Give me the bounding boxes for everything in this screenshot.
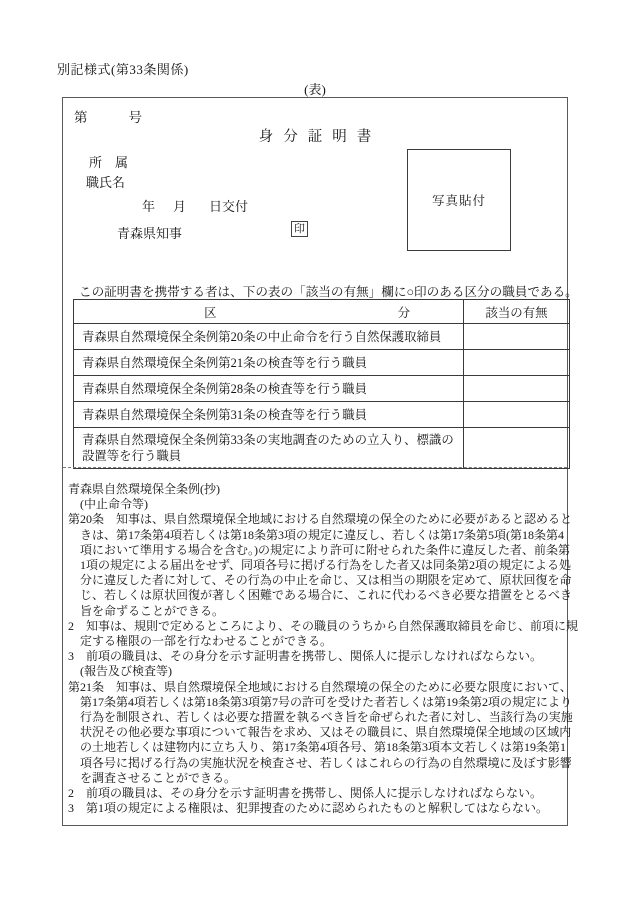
- category-table: 区 分 該当の有無 青森県自然環境保全条例第20条の中止命令を行う自然保護取締員…: [73, 299, 570, 469]
- document-number-line: 第号: [74, 106, 142, 126]
- legal-text-line: 状況その他必要な事項について報告を求め、又はその職員に、県自然環境保全地域の区域…: [68, 725, 566, 740]
- table-row: 青森県自然環境保全条例第20条の中止命令を行う自然保護取締員: [74, 324, 570, 350]
- legal-text-line: 第21条 知事は、県自然環境保全地域における自然環境の保全のために必要な限度にお…: [68, 680, 566, 695]
- legal-text-line: 1項の規定による届出をせず、同項各号に掲げる行為をした者又は同条第2項の規定によ…: [68, 558, 566, 573]
- legal-text-line: 青森県自然環境保全条例(抄): [68, 482, 566, 497]
- document-page: 別記様式(第33条関係) (表) 第号 身分証明書 所 属 職氏名 年月日交付 …: [0, 0, 630, 903]
- legal-text-line: 旨を命ずることができる。: [68, 604, 566, 619]
- date-issued-label: 日交付: [209, 199, 248, 214]
- legal-extract-block: 青森県自然環境保全条例(抄) (中止命令等) 第20条 知事は、県自然環境保全地…: [68, 482, 566, 816]
- document-number-suffix: 号: [129, 110, 143, 125]
- front-side-label: (表): [62, 79, 568, 98]
- table-row: 青森県自然環境保全条例第31条の検査等を行う職員: [74, 402, 570, 428]
- dashed-separator: [63, 467, 567, 468]
- table-row: 青森県自然環境保全条例第21条の検査等を行う職員: [74, 350, 570, 376]
- legal-text-line: 3 前項の職員は、その身分を示す証明書を携帯し、関係人に提示しなければならない。: [68, 649, 566, 664]
- legal-text-line: 分に違反した者に対して、その行為の中止を命じ、又は相当の期限を定めて、原状回復を…: [68, 573, 566, 588]
- seal-mark: 印: [291, 221, 308, 237]
- document-number-prefix: 第: [74, 110, 88, 125]
- form-style-label: 別記様式(第33条関係): [57, 59, 189, 78]
- legal-text-line: 項各号に掲げる行為の実施状況を検査させ、若しくはこれらの行為の自然環境に及ぼす影…: [68, 756, 566, 771]
- affiliation-label: 所 属: [89, 152, 128, 171]
- date-month-label: 月: [173, 199, 186, 214]
- certificate-title: 身分証明書: [68, 125, 572, 146]
- date-year-label: 年: [142, 199, 155, 214]
- category-cell: 青森県自然環境保全条例第28条の検査等を行う職員: [74, 376, 464, 402]
- legal-text-line: 第20条 知事は、県自然環境保全地域における自然環境の保全のために必要があると認…: [68, 512, 566, 527]
- legal-text-line: じ、若しくは原状回復が著しく困難である場合に、これに代わるべき必要な措置をとるべ…: [68, 588, 566, 603]
- legal-text-line: 項において準用する場合を含む。)の規定により許可に附せられた条件に違反した者、前…: [68, 543, 566, 558]
- legal-text-line: きは、第17条第4項若しくは第18条第3項の規定に違反し、若しくは第17条第5項…: [68, 528, 566, 543]
- legal-text-line: 3 第1項の規定による権限は、犯罪捜査のために認められたものと解釈してはならない…: [68, 801, 566, 816]
- legal-text-line: 第17条第4項若しくは第18条第3項第7号の許可を受けた者若しくは第19条第2項…: [68, 695, 566, 710]
- legal-text-line: (中止命令等): [68, 497, 566, 512]
- legal-text-line: 行為を制限され、若しくは必要な措置を執るべき旨を命ぜられた者に対し、当該行為の実…: [68, 710, 566, 725]
- header-category: 区 分: [74, 300, 464, 324]
- applicable-cell: [464, 376, 570, 402]
- legal-text-line: 定する権限の一部を行なわせることができる。: [68, 634, 566, 649]
- applicable-cell: [464, 402, 570, 428]
- issuer-governor-label: 青森県知事: [117, 223, 182, 242]
- category-cell: 青森県自然環境保全条例第20条の中止命令を行う自然保護取締員: [74, 324, 464, 350]
- applicable-cell: [464, 428, 570, 469]
- header-category-right: 分: [398, 303, 410, 321]
- table-row: 青森県自然環境保全条例第33条の実地調査のための立入り、標識の設置等を行う職員: [74, 428, 570, 469]
- header-applicable: 該当の有無: [464, 300, 570, 324]
- category-cell: 青森県自然環境保全条例第21条の検査等を行う職員: [74, 350, 464, 376]
- applicable-cell: [464, 350, 570, 376]
- table-header-row: 区 分 該当の有無: [74, 300, 570, 324]
- legal-text-line: を調査させることができる。: [68, 771, 566, 786]
- legal-text-line: の土地若しくは建物内に立ち入り、第17条第4項各号、第18条第3項本文若しくは第…: [68, 740, 566, 755]
- legal-text-line: 2 前項の職員は、その身分を示す証明書を携帯し、関係人に提示しなければならない。: [68, 786, 566, 801]
- photo-attachment-box: 写真貼付: [407, 149, 511, 251]
- carrier-note: この証明書を携帯する者は、下の表の「該当の有無」欄に○印のある区分の職員である。: [79, 281, 565, 300]
- legal-text-line: (報告及び検査等): [68, 664, 566, 679]
- photo-attachment-label: 写真貼付: [432, 191, 486, 209]
- header-category-left: 区: [204, 303, 216, 321]
- issue-date-line: 年月日交付: [142, 196, 248, 215]
- table-row: 青森県自然環境保全条例第28条の検査等を行う職員: [74, 376, 570, 402]
- applicable-cell: [464, 324, 570, 350]
- category-cell: 青森県自然環境保全条例第31条の検査等を行う職員: [74, 402, 464, 428]
- certificate-outer-box: 第号 身分証明書 所 属 職氏名 年月日交付 青森県知事 印 写真貼付 この証明…: [62, 97, 568, 826]
- legal-text-line: 2 知事は、規則で定めるところにより、その職員のうちから自然保護取締員を命じ、前…: [68, 619, 566, 634]
- category-cell: 青森県自然環境保全条例第33条の実地調査のための立入り、標識の設置等を行う職員: [74, 428, 464, 469]
- job-name-label: 職氏名: [86, 172, 125, 191]
